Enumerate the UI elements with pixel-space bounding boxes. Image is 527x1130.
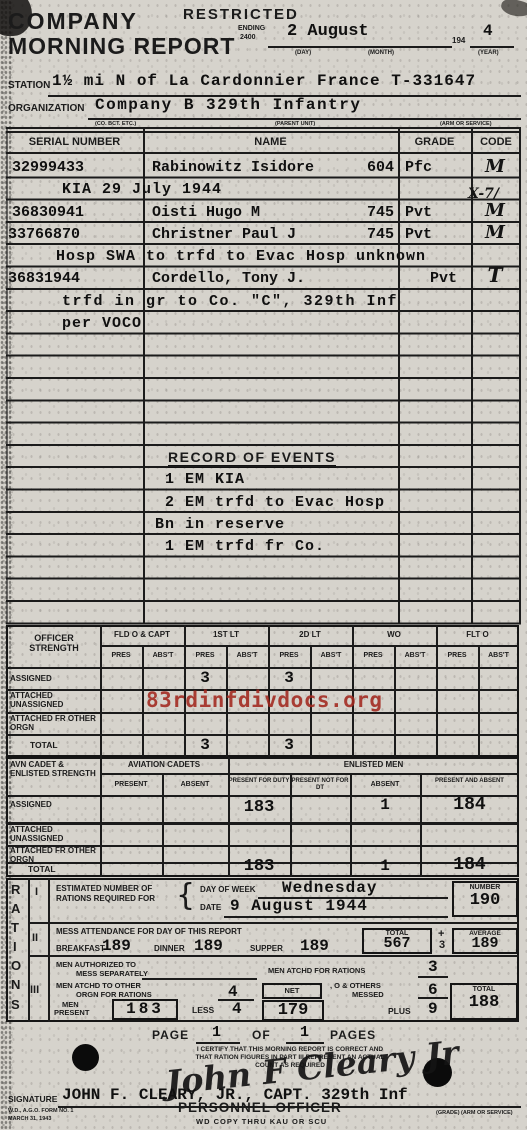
officer-sub-divider-5 bbox=[478, 645, 480, 757]
rations-est-label-1: ESTIMATED NUMBER OF bbox=[56, 884, 152, 893]
roster-header-rule-1 bbox=[6, 152, 521, 154]
atchd-rations-value: 3 bbox=[428, 958, 438, 976]
supper-label: SUPPER bbox=[250, 944, 283, 953]
auth-mess-label-2: MESS SEPARATELY bbox=[76, 969, 148, 978]
pages-underline bbox=[286, 1042, 324, 1044]
rations-rule-1 bbox=[28, 922, 519, 924]
net-label: NET bbox=[264, 985, 320, 997]
net-label-box: NET bbox=[262, 983, 322, 999]
roster-right-border bbox=[519, 127, 521, 623]
grade-arm-sublabel: (GRADE) (ARM OR SERVICE) bbox=[436, 1110, 513, 1116]
officer-total-2lt-pres: 3 bbox=[268, 736, 310, 754]
year-sublabel: (YEAR) bbox=[478, 50, 499, 56]
roster-row-8-note: per VOCO bbox=[62, 315, 142, 332]
roster-row-2-note: KIA 29 July 1944 bbox=[62, 181, 222, 198]
of-label: OF bbox=[252, 1028, 271, 1042]
day-of-week-value: Wednesday bbox=[282, 879, 377, 897]
station-label: STATION bbox=[8, 80, 50, 91]
site-watermark: 83rdinfdivdocs.org bbox=[146, 688, 383, 712]
officer-sub-abst-2: ABS'T bbox=[226, 652, 268, 659]
roster-row-1-mos: 604 bbox=[358, 159, 394, 176]
less-label: LESS bbox=[192, 1005, 214, 1015]
enlisted-assigned-pfd: 183 bbox=[228, 798, 290, 817]
plus-label: PLUS bbox=[388, 1006, 411, 1016]
roster-row-1-code: M bbox=[472, 156, 518, 177]
organization-label: ORGANIZATION bbox=[8, 103, 84, 114]
enlisted-col-absent: ABSENT bbox=[162, 781, 228, 788]
year-value: 4 bbox=[483, 22, 493, 40]
rations-rule-2 bbox=[28, 955, 519, 957]
auth-mess-underline bbox=[142, 978, 257, 980]
rations-numeral-divider bbox=[48, 878, 50, 1022]
event-line-3: Bn in reserve bbox=[155, 516, 285, 533]
enlisted-total-absent: 1 bbox=[350, 857, 420, 875]
officer-sub-abst-1: ABS'T bbox=[142, 652, 184, 659]
roster-header-code: CODE bbox=[471, 136, 521, 148]
form-title-line1: COMPANY bbox=[8, 8, 138, 35]
atchd-other-label-1: MEN ATCHD TO OTHER bbox=[56, 981, 141, 990]
net-value-box: 179 bbox=[262, 1000, 324, 1021]
event-line-1: 1 EM KIA bbox=[165, 471, 245, 488]
copy-routing-line: WD COPY THRU KAU OR SCU bbox=[196, 1117, 327, 1126]
mess-average-box: AVERAGE 189 bbox=[452, 928, 518, 954]
enlisted-assigned-pa: 184 bbox=[420, 795, 519, 815]
atchd-rations-underline bbox=[418, 976, 448, 978]
event-line-4: 1 EM trfd fr Co. bbox=[165, 538, 325, 555]
rations-total-value: 188 bbox=[452, 993, 516, 1013]
breakfast-label: BREAKFAST bbox=[56, 944, 105, 953]
rations-brace: { bbox=[176, 878, 195, 913]
officer-corner-label: OFFICER STRENGTH bbox=[10, 633, 98, 653]
rations-letter-s: S bbox=[11, 997, 20, 1012]
month-sublabel: (MONTH) bbox=[368, 50, 394, 56]
enlisted-col-present: PRESENT bbox=[100, 781, 162, 788]
supper-value: 189 bbox=[300, 937, 329, 955]
roster-row-3-mos: 745 bbox=[358, 204, 394, 221]
roster-row-1-name: Rabinowitz Isidore bbox=[152, 159, 314, 176]
rations-letter-o: O bbox=[11, 958, 21, 973]
roster-row-3-name: Oisti Hugo M bbox=[152, 204, 260, 221]
mess-attendance-title: MESS ATTENDANCE FOR DAY OF THIS REPORT bbox=[56, 927, 242, 936]
rations-total-label: TOTAL bbox=[452, 986, 516, 993]
roster-row-4-code: M bbox=[472, 222, 518, 243]
men-present-value: 183 bbox=[114, 1001, 176, 1018]
rations-letter-divider bbox=[28, 878, 30, 1022]
officer-group-flto: FLT O bbox=[436, 630, 519, 639]
officer-assigned-2lt-pres: 3 bbox=[268, 669, 310, 687]
personnel-officer-title: PERSONNEL OFFICER bbox=[178, 1100, 342, 1115]
event-line-2: 2 EM trfd to Evac Hosp bbox=[165, 494, 385, 511]
officer-assigned-1lt-pres: 3 bbox=[184, 669, 226, 687]
rations-number-box: NUMBER 190 bbox=[452, 881, 518, 917]
report-date-value: 2 August bbox=[287, 22, 369, 41]
roster-divider-name-grade bbox=[398, 127, 400, 623]
rations-numeral-i: I bbox=[35, 886, 38, 898]
page-label: PAGE bbox=[152, 1028, 189, 1042]
rations-date-underline bbox=[224, 916, 448, 918]
page-value: 1 bbox=[212, 1024, 221, 1041]
enlisted-assigned-absent: 1 bbox=[350, 796, 420, 814]
enlisted-col-pnfd: PRESENT NOT FOR DT bbox=[290, 778, 350, 792]
year-prefix: 194 bbox=[452, 36, 465, 45]
pages-value: 1 bbox=[300, 1024, 309, 1041]
atchd-rations-label: MEN ATCHD FOR RATIONS bbox=[268, 966, 365, 975]
rations-letter-r: R bbox=[11, 882, 20, 897]
roster-row-4-serial: 33766870 bbox=[8, 226, 80, 243]
officer-sub-pres-3: PRES bbox=[268, 652, 310, 659]
ending-label: ENDING bbox=[238, 25, 265, 32]
roster-row-6-code: T bbox=[472, 263, 518, 287]
men-present-label-2: PRESENT bbox=[54, 1008, 89, 1017]
officer-label-divider bbox=[100, 625, 102, 757]
less-value: 4 bbox=[232, 1000, 242, 1018]
enlisted-sub-divider-1 bbox=[162, 773, 164, 877]
rations-number-label: NUMBER bbox=[454, 884, 516, 891]
form-number-line-2: MARCH 31, 1943 bbox=[8, 1116, 51, 1122]
others-underline bbox=[418, 997, 448, 999]
roster-row-3-grade: Pvt bbox=[405, 204, 432, 221]
others-label-1: , O & OTHERS bbox=[330, 981, 381, 990]
classification-stamp: RESTRICTED bbox=[183, 6, 299, 23]
day-of-week-label: DAY OF WEEK bbox=[200, 885, 256, 894]
officer-group-divider-4 bbox=[436, 625, 438, 757]
enlisted-group-enlisted: ENLISTED MEN bbox=[228, 760, 519, 769]
roster-top-rule-2 bbox=[6, 131, 521, 133]
officer-sub-divider-1 bbox=[142, 645, 144, 757]
date-underline bbox=[268, 46, 452, 48]
mess-total-box: TOTAL 567 bbox=[362, 928, 432, 954]
mess-total-value: 567 bbox=[364, 937, 430, 951]
rations-letter-t: T bbox=[11, 920, 19, 935]
officer-sub-pres-1: PRES bbox=[100, 652, 142, 659]
roster-row-6-serial: 36831944 bbox=[8, 270, 80, 287]
others-label-2: MESSED bbox=[352, 990, 384, 999]
enlisted-row-total-label: TOTAL bbox=[28, 864, 56, 874]
roster-row-6-name: Cordello, Tony J. bbox=[152, 270, 305, 287]
station-value: 1½ mi N of La Cardonnier France T-331647 bbox=[52, 72, 476, 90]
roster-row-4-name: Christner Paul J bbox=[152, 226, 296, 243]
dinner-value: 189 bbox=[194, 937, 223, 955]
enlisted-row-attached-unassigned-label: ATTACHED UNASSIGNED bbox=[10, 825, 98, 843]
record-of-events-title: RECORD OF EVENTS bbox=[168, 449, 336, 468]
enlisted-group-cadets: AVIATION CADETS bbox=[100, 760, 228, 769]
roster-row-3-serial: 36830941 bbox=[12, 204, 84, 221]
enlisted-row-assigned-label: ASSIGNED bbox=[10, 800, 52, 809]
net-value: 179 bbox=[264, 1002, 322, 1019]
officer-row-attached-unassigned-label: ATTACHED UNASSIGNED bbox=[10, 691, 98, 709]
enlisted-col-pa: PRESENT AND ABSENT bbox=[420, 778, 519, 785]
rations-letter-n: N bbox=[11, 977, 20, 992]
auth-mess-label-1: MEN AUTHORIZED TO bbox=[56, 960, 136, 969]
officer-group-1lt: 1ST LT bbox=[184, 630, 268, 639]
officer-sub-pres-2: PRES bbox=[184, 652, 226, 659]
enlisted-row-attached-fr-label: ATTACHED FR OTHER ORGN bbox=[10, 846, 98, 864]
officer-sub-divider-4 bbox=[394, 645, 396, 757]
dinner-label: DINNER bbox=[154, 944, 185, 953]
roster-row-3-code: M bbox=[472, 200, 518, 221]
officer-sub-abst-3: ABS'T bbox=[310, 652, 352, 659]
organization-value: Company B 329th Infantry bbox=[95, 96, 361, 114]
officer-sub-pres-5: PRES bbox=[436, 652, 478, 659]
roster-row-4-mos: 745 bbox=[358, 226, 394, 243]
officer-sub-abst-5: ABS'T bbox=[478, 652, 519, 659]
officer-row-total-label: TOTAL bbox=[30, 740, 58, 750]
roster-row-4-grade: Pvt bbox=[405, 226, 432, 243]
enlisted-total-pfd: 183 bbox=[228, 857, 290, 876]
roster-row-1-grade: Pfc bbox=[405, 159, 432, 176]
punch-hole-left bbox=[72, 1044, 99, 1071]
enlisted-total-pa: 184 bbox=[420, 855, 519, 875]
roster-divider-serial-name bbox=[143, 127, 145, 623]
rations-date-value: 9 August 1944 bbox=[230, 897, 368, 915]
officer-total-1lt-pres: 3 bbox=[184, 736, 226, 754]
rations-number-value: 190 bbox=[454, 891, 516, 911]
officer-group-wo: WO bbox=[352, 630, 436, 639]
rations-est-label-2: RATIONS REQUIRED FOR bbox=[56, 894, 155, 903]
plus-value: 9 bbox=[428, 1000, 438, 1018]
morning-report-document: RESTRICTED COMPANY MORNING REPORT ENDING… bbox=[0, 0, 527, 1130]
roster-header-serial: SERIAL NUMBER bbox=[6, 136, 143, 148]
roster-header-grade: GRADE bbox=[398, 136, 471, 148]
rations-numeral-iii: III bbox=[30, 984, 39, 996]
roster-row-6-grade: Pvt bbox=[430, 270, 457, 287]
roster-row-5-note: Hosp SWA to trfd to Evac Hosp unknown bbox=[56, 248, 426, 265]
mess-average-value: 189 bbox=[454, 937, 516, 951]
men-present-box: 183 bbox=[112, 999, 178, 1020]
officer-row-attached-fr-label: ATTACHED FR OTHER ORGN bbox=[10, 714, 98, 732]
rations-numeral-ii: II bbox=[32, 932, 38, 944]
officer-group-fldo: FLD O & CAPT bbox=[100, 630, 184, 639]
enlisted-col-pfd: PRESENT FOR DUTY bbox=[228, 778, 290, 785]
rations-letter-i: I bbox=[13, 939, 17, 954]
officer-group-2lt: 2D LT bbox=[268, 630, 352, 639]
rations-date-label: DATE bbox=[200, 903, 221, 912]
divide-by-three: 3 bbox=[439, 939, 445, 951]
roster-top-rule-1 bbox=[6, 127, 521, 129]
enlisted-label-divider bbox=[100, 757, 102, 877]
form-title-line2: MORNING REPORT bbox=[8, 33, 235, 60]
rations-letter-a: A bbox=[11, 901, 20, 916]
rations-total-box: TOTAL 188 bbox=[450, 983, 518, 1020]
ending-time-label: 2400 bbox=[240, 34, 256, 41]
officer-sub-abst-4: ABS'T bbox=[394, 652, 436, 659]
enlisted-col-abs: ABSENT bbox=[350, 781, 420, 788]
officer-sub-pres-4: PRES bbox=[352, 652, 394, 659]
officer-row-rule-3 bbox=[6, 734, 519, 736]
roster-row-1-serial: 32999433 bbox=[12, 159, 84, 176]
atchd-other-label-2: ORGN FOR RATIONS bbox=[76, 990, 152, 999]
organization-underline bbox=[88, 118, 521, 120]
signature-label: SIGNATURE bbox=[8, 1094, 57, 1104]
form-number-line-1: W.D., A.G.O. FORM NO. 1 bbox=[8, 1108, 74, 1114]
roster-header-name: NAME bbox=[143, 136, 398, 148]
page-underline bbox=[196, 1042, 240, 1044]
officer-subheader-rule bbox=[6, 667, 519, 669]
year-underline bbox=[470, 46, 514, 48]
officer-row-assigned-label: ASSIGNED bbox=[10, 674, 52, 683]
roster-left-border bbox=[6, 127, 8, 623]
enlisted-corner-label: AVN CADET & ENLISTED STRENGTH bbox=[10, 760, 96, 778]
roster-row-7-note: trfd in gr to Co. "C", 329th Inf bbox=[62, 293, 398, 310]
scan-artifact-top-right bbox=[500, 0, 527, 19]
day-sublabel: (DAY) bbox=[295, 50, 311, 56]
pages-label: PAGES bbox=[330, 1028, 376, 1042]
breakfast-value: 189 bbox=[102, 937, 131, 955]
